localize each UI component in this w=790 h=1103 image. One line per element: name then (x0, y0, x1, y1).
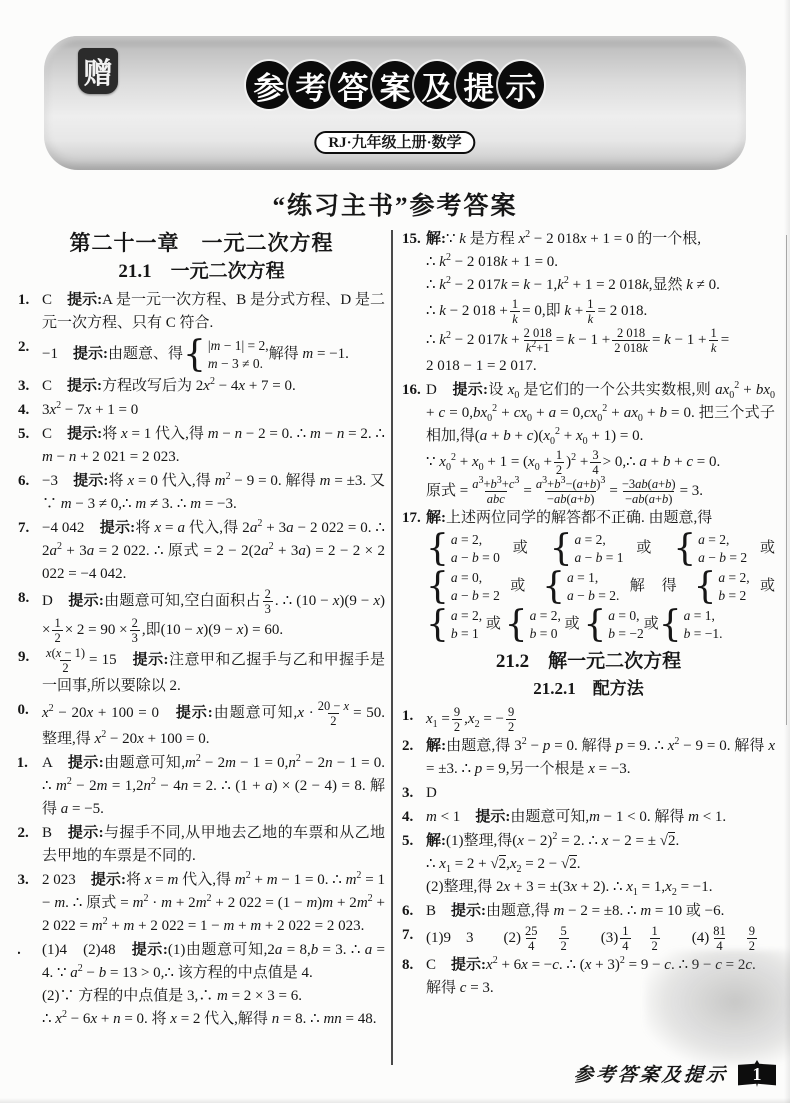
scan-smudge (645, 950, 790, 1065)
item-text: C 提示:将 x = 1 代入,得 m − n − 2 = 0. ∴ m − n… (42, 426, 385, 465)
page-number: 1 (753, 1065, 762, 1083)
item-text: x1 =92,x2 = −92 (426, 711, 518, 727)
item-number: 11. (18, 752, 32, 775)
banner-title-char: 提 (456, 61, 502, 109)
item-text: (1)9 3 (2)254 52 (3)14 12 (4)814 92 (426, 930, 759, 946)
item-number: 5. (402, 830, 413, 853)
banner-title-char: 及 (414, 61, 460, 109)
answer-item: 6. B 提示:由题意,得 m − 2 = ±8. ∴ m = 10 或 −6. (402, 900, 775, 923)
item-text: D (426, 785, 437, 801)
item-number: 14. (18, 939, 32, 962)
answer-item: 8. D 提示:由题意可知,空白面积占23. ∴ (10 − x)(9 − x)… (18, 587, 385, 645)
item-number: 8. (18, 587, 29, 610)
banner-title-char: 案 (372, 61, 418, 109)
item-number: 16. (402, 379, 421, 402)
answer-item: 3. C 提示:方程改写后为 2x2 − 4x + 7 = 0. (18, 375, 385, 398)
item-number: 3. (402, 782, 413, 805)
item-number: 13. (18, 869, 32, 892)
header-banner: 赠 参考答案及提示 RJ·九年级上册·数学 (44, 36, 746, 170)
answer-item: 1. C 提示:A 是一元一次方程、B 是分式方程、D 是二元一次方程、只有 C… (18, 289, 385, 335)
item-number: 10. (18, 699, 32, 722)
item-number: 17. (402, 507, 421, 530)
item-number: 2. (18, 336, 29, 359)
item-text: −4 042 提示:将 x = a 代入,得 2a2 + 3a − 2 022 … (42, 520, 385, 582)
section-heading-21-2: 21.2 解一元二次方程 (402, 648, 775, 676)
item-text: C 提示:A 是一元一次方程、B 是分式方程、D 是二元一次方程、只有 C 符合… (42, 292, 385, 331)
answer-item: 14. (1)4 (2)48 提示:(1)由题意可知,2a = 8,b = 3.… (18, 939, 385, 1031)
item-text: 解:(1)整理,得(x − 2)2 = 2. ∴ x − 2 = ± √2.∴ … (426, 833, 712, 895)
footer-title: 参考答案及提示 (573, 1060, 730, 1087)
item-number: 8. (402, 954, 413, 977)
item-number: 4. (402, 806, 413, 829)
answer-item: 13. 2 023 提示:将 x = m 代入,得 m2 + m − 1 = 0… (18, 869, 385, 938)
answer-item: 6. −3 提示:将 x = 0 代入,得 m2 − 9 = 0. 解得 m =… (18, 470, 385, 516)
answer-item: 2. 解:由题意,得 32 − p = 0. 解得 p = 9. ∴ x2 − … (402, 735, 775, 781)
answer-item: 3. D (402, 782, 775, 805)
answer-item: 10. x2 − 20x + 100 = 0 提示:由题意可知,x ·20 − … (18, 699, 385, 751)
item-number: 3. (18, 375, 29, 398)
item-number: 9. (18, 646, 29, 669)
answer-item: 9. x(x − 1)2= 15 提示:注意甲和乙握手与乙和甲握手是一回事,所以… (18, 646, 385, 698)
item-text: 解:∵ k 是方程 x2 − 2 018x + 1 = 0 的一个根,∴ k2 … (426, 231, 729, 374)
answer-item: 15. 解:∵ k 是方程 x2 − 2 018x + 1 = 0 的一个根,∴… (402, 228, 775, 378)
item-text: D 提示:由题意可知,空白面积占23. ∴ (10 − x)(9 − x) ×1… (42, 593, 385, 638)
item-text: (1)4 (2)48 提示:(1)由题意可知,2a = 8,b = 3. ∴ a… (42, 942, 385, 1027)
answer-item: 7. −4 042 提示:将 x = a 代入,得 2a2 + 3a − 2 0… (18, 517, 385, 586)
item-text: 3x2 − 7x + 1 = 0 (42, 402, 138, 418)
item-text: 解:上述两位同学的解答都不正确. 由题意,得a = 2,a − b = 0 或 … (426, 510, 775, 632)
item-text: C 提示:方程改写后为 2x2 − 4x + 7 = 0. (42, 378, 296, 394)
item-text: 2 023 提示:将 x = m 代入,得 m2 + m − 1 = 0. ∴ … (42, 872, 385, 934)
item-text: x2 − 20x + 100 = 0 提示:由题意可知,x ·20 − x2= … (42, 705, 385, 747)
answer-key-page: 赠 参考答案及提示 RJ·九年级上册·数学 “练习主书”参考答案 第二十一章 一… (0, 0, 790, 1103)
answer-item: 12. B 提示:与握手不同,从甲地去乙地的车票和从乙地去甲地的车票是不同的. (18, 822, 385, 868)
item-number: 12. (18, 822, 32, 845)
item-number: 15. (402, 228, 421, 251)
item-text: A 提示:由题意可知,m2 − 2m − 1 = 0,n2 − 2n − 1 =… (42, 755, 385, 817)
answer-item: 5. 解:(1)整理,得(x − 2)2 = 2. ∴ x − 2 = ± √2… (402, 830, 775, 899)
answer-item: 1. x1 =92,x2 = −92 (402, 705, 775, 734)
banner-title: 参考答案及提示 (44, 61, 746, 109)
answer-item: 2. −1 提示:由题意、得|m − 1| = 2,m − 3 ≠ 0.解得 m… (18, 336, 385, 374)
chapter-heading: 第二十一章 一元二次方程 (18, 228, 385, 258)
page-heading: “练习主书”参考答案 (0, 186, 790, 222)
banner-title-char: 参 (246, 61, 292, 109)
banner-subtitle: RJ·九年级上册·数学 (314, 131, 475, 154)
banner-title-char: 示 (498, 61, 544, 109)
item-number: 1. (18, 289, 29, 312)
item-number: 6. (18, 470, 29, 493)
page-footer: 参考答案及提示 1 (574, 1060, 776, 1087)
item-number: 5. (18, 423, 29, 446)
book-icon: 1 (738, 1060, 776, 1087)
item-text: B 提示:由题意,得 m − 2 = ±8. ∴ m = 10 或 −6. (426, 903, 724, 919)
item-text: −1 提示:由题意、得|m − 1| = 2,m − 3 ≠ 0.解得 m = … (42, 346, 349, 362)
scan-edge-shadow (784, 0, 790, 1103)
subsection-heading-21-2-1: 21.2.1 配方法 (402, 676, 775, 702)
item-number: 2. (402, 735, 413, 758)
item-text: −3 提示:将 x = 0 代入,得 m2 − 9 = 0. 解得 m = ±3… (42, 473, 385, 512)
section-heading-21-1: 21.1 一元二次方程 (18, 258, 385, 286)
answer-item: 16. D 提示:设 x0 是它们的一个公共实数根,则 ax02 + bx0 +… (402, 379, 775, 506)
right-column: 15. 解:∵ k 是方程 x2 − 2 018x + 1 = 0 的一个根,∴… (402, 228, 775, 1001)
answer-item: 5. C 提示:将 x = 1 代入,得 m − n − 2 = 0. ∴ m … (18, 423, 385, 469)
answer-list-21-1: 1. C 提示:A 是一元一次方程、B 是分式方程、D 是二元一次方程、只有 C… (18, 289, 385, 1031)
item-number: 1. (402, 705, 413, 728)
answer-list-21-1-cont: 15. 解:∵ k 是方程 x2 − 2 018x + 1 = 0 的一个根,∴… (402, 228, 775, 644)
item-number: 6. (402, 900, 413, 923)
item-text: x(x − 1)2= 15 提示:注意甲和乙握手与乙和甲握手是一回事,所以要除以… (42, 652, 385, 694)
item-text: 解:由题意,得 32 − p = 0. 解得 p = 9. ∴ x2 − 9 =… (426, 738, 775, 777)
item-number: 7. (402, 924, 413, 947)
banner-title-char: 考 (288, 61, 334, 109)
item-number: 7. (18, 517, 29, 540)
item-text: D 提示:设 x0 是它们的一个公共实数根,则 ax02 + bx0 + c =… (426, 382, 775, 499)
column-divider (391, 230, 393, 1065)
scan-bottom-shadow (0, 1098, 790, 1103)
answer-item: 4. 3x2 − 7x + 1 = 0 (18, 399, 385, 422)
answer-item: 7. (1)9 3 (2)254 52 (3)14 12 (4)814 92 (402, 924, 775, 953)
answer-item: 17. 解:上述两位同学的解答都不正确. 由题意,得a = 2,a − b = … (402, 507, 775, 644)
answer-item: 11. A 提示:由题意可知,m2 − 2m − 1 = 0,n2 − 2n −… (18, 752, 385, 821)
item-text: m < 1 提示:由题意可知,m − 1 < 0. 解得 m < 1. (426, 809, 726, 825)
left-column: 第二十一章 一元二次方程 21.1 一元二次方程 1. C 提示:A 是一元一次… (18, 228, 385, 1032)
banner-title-char: 答 (330, 61, 376, 109)
item-number: 4. (18, 399, 29, 422)
item-text: B 提示:与握手不同,从甲地去乙地的车票和从乙地去甲地的车票是不同的. (42, 825, 385, 864)
answer-item: 4. m < 1 提示:由题意可知,m − 1 < 0. 解得 m < 1. (402, 806, 775, 829)
